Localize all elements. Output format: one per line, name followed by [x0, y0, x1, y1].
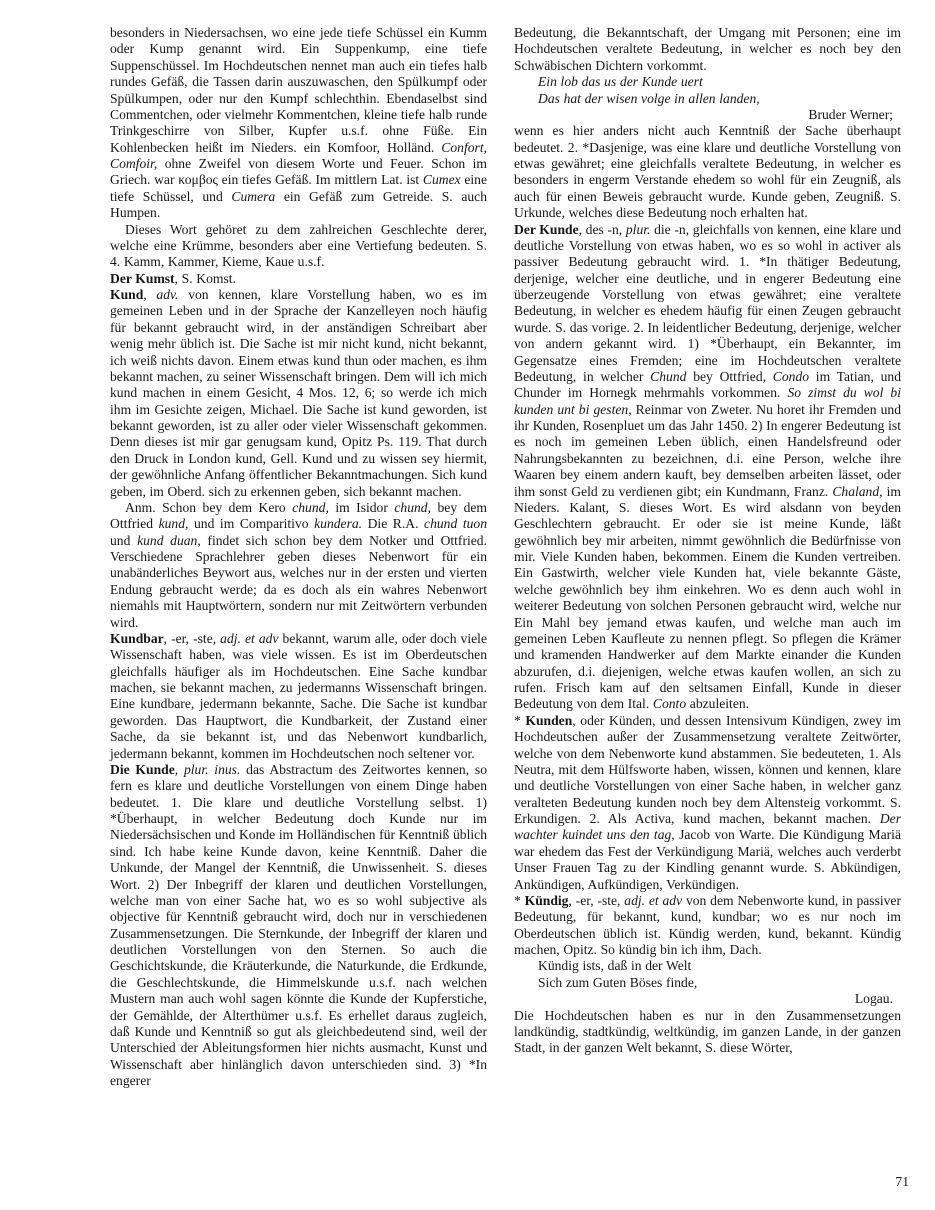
- verse-line-3: Kündig ists, daß in der Welt: [514, 958, 901, 974]
- paragraph-wenn-es-hier: wenn es hier anders nicht auch Kenntniß …: [514, 123, 901, 221]
- paragraph-bedeutung-continuation: Bedeutung, die Bekanntschaft, der Umgang…: [514, 25, 901, 74]
- verse-line-2: Das hat der wisen volge in allen landen,: [514, 91, 901, 107]
- paragraph-die-hochdeutschen: Die Hochdeutschen haben es nur in den Zu…: [514, 1008, 901, 1057]
- attribution-bruder-werner: Bruder Werner;: [514, 107, 901, 123]
- paragraph-anmerkung: Anm. Schon bey dem Kero chund, im Isidor…: [110, 500, 487, 631]
- dictionary-page: besonders in Niedersachsen, wo eine jede…: [0, 0, 935, 1210]
- page-number: 71: [895, 1174, 909, 1190]
- entry-der-kumst: Der Kumst, S. Komst.: [110, 271, 487, 287]
- verse-line-1: Ein lob das us der Kunde uert: [514, 74, 901, 90]
- entry-kundbar: Kundbar, -er, -ste, adj. et adv bekannt,…: [110, 631, 487, 762]
- entry-der-kunde: Der Kunde, des -n, plur. die -n, gleichf…: [514, 222, 901, 713]
- entry-die-kunde: Die Kunde, plur. inus. das Abstractum de…: [110, 762, 487, 1090]
- right-column: Bedeutung, die Bekanntschaft, der Umgang…: [514, 25, 901, 1057]
- attribution-logau: Logau.: [514, 991, 901, 1007]
- entry-kuendig: * Kündig, -er, -ste, adj. et adv von dem…: [514, 893, 901, 959]
- paragraph-kump-continuation: besonders in Niedersachsen, wo eine jede…: [110, 25, 487, 222]
- entry-kund: Kund, adv. von kennen, klare Vorstellung…: [110, 287, 487, 500]
- entry-kunden: * Kunden, oder Künden, und dessen Intens…: [514, 713, 901, 893]
- paragraph-etymology: Dieses Wort gehöret zu dem zahlreichen G…: [110, 222, 487, 271]
- left-column: besonders in Niedersachsen, wo eine jede…: [110, 25, 487, 1089]
- verse-line-4: Sich zum Guten Böses finde,: [514, 975, 901, 991]
